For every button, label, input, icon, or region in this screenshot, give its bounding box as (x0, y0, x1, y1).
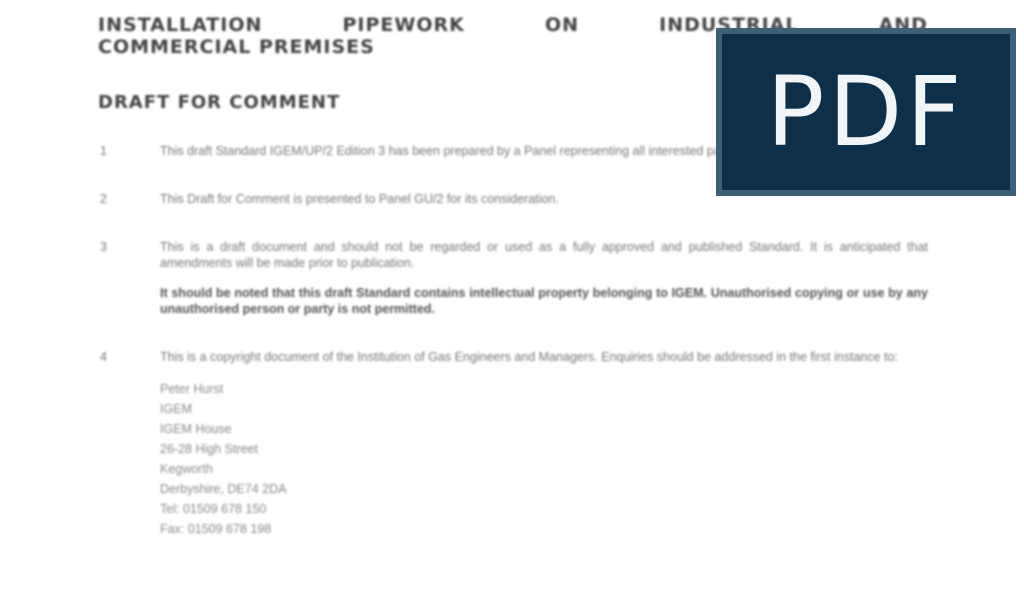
contact-address: Peter HurstIGEMIGEM House26-28 High Stre… (160, 379, 928, 539)
address-line: Fax: 01509 678 198 (160, 519, 928, 539)
address-line: Tel: 01509 678 150 (160, 499, 928, 519)
title-word: on (545, 14, 579, 36)
item-paragraph: This is a copyright document of the Inst… (160, 349, 928, 365)
pdf-badge[interactable]: PDF (716, 28, 1016, 196)
pdf-label: PDF (766, 56, 965, 168)
address-line: IGEM House (160, 419, 928, 439)
address-line: IGEM (160, 399, 928, 419)
address-line: 26-28 High Street (160, 439, 928, 459)
item-number: 4 (98, 349, 160, 539)
address-line: Kegworth (160, 459, 928, 479)
item-number: 1 (98, 143, 160, 173)
title-word: Installation (98, 14, 262, 36)
title-word: Pipework (342, 14, 464, 36)
address-line: Derbyshire, DE74 2DA (160, 479, 928, 499)
item-number: 2 (98, 191, 160, 221)
item-paragraph: This is a draft document and should not … (160, 239, 928, 271)
list-item: 3This is a draft document and should not… (98, 239, 928, 331)
item-body: This is a copyright document of the Inst… (160, 349, 928, 539)
numbered-list: 1This draft Standard IGEM/UP/2 Edition 3… (98, 143, 928, 539)
item-number: 3 (98, 239, 160, 331)
list-item: 4This is a copyright document of the Ins… (98, 349, 928, 539)
item-body: This is a draft document and should not … (160, 239, 928, 331)
notice-paragraph: It should be noted that this draft Stand… (160, 285, 928, 317)
address-line: Peter Hurst (160, 379, 928, 399)
